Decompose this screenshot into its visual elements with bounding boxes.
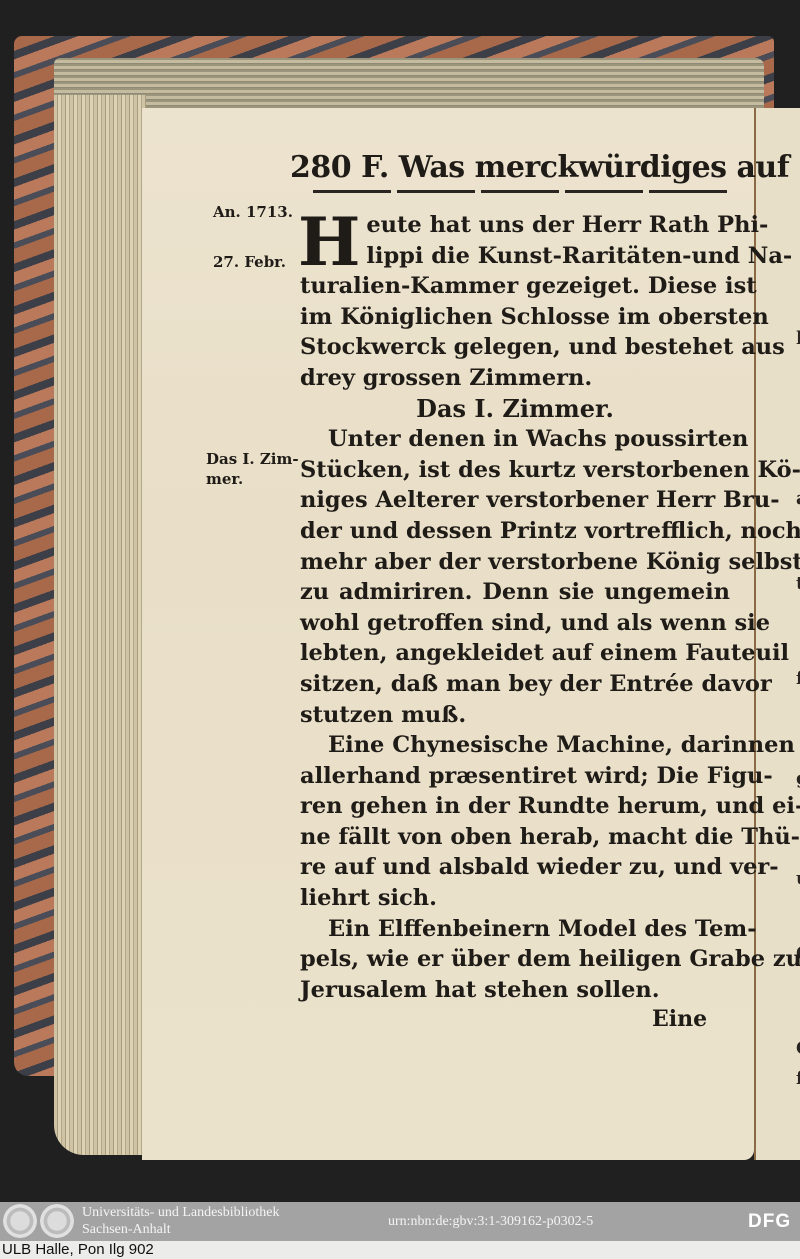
shelfmark-caption: ULB Halle, Pon Ilg 902 (0, 1241, 800, 1259)
page-block-top-edge (54, 58, 764, 113)
paragraph-wax-figures: Unter denen in Wachs poussirten Stücken,… (300, 424, 730, 730)
university-seal-icon (3, 1204, 37, 1238)
paragraph-chinese-machine: Eine Chynesische Machine, darinnen aller… (300, 730, 730, 914)
paragraph-ivory-model: Ein Elffenbeinern Model des Tem- pels, w… (300, 914, 730, 1006)
margin-note-date: 27. Febr. (213, 252, 286, 272)
catchword: Eine (652, 1006, 707, 1032)
dfg-logo-icon: DFG (748, 1211, 791, 1233)
library-footer-bar: Universitäts- und Landesbibliothek Sachs… (0, 1202, 800, 1241)
library-seal-icon (40, 1204, 74, 1238)
running-head: 280 F. Was merckwürdiges auf der (290, 150, 730, 190)
dropcap-letter: H (298, 214, 360, 270)
page-body-text: H eute hat uns der Herr Rath Phi- lippi … (300, 210, 730, 1005)
margin-note-year: An. 1713. (213, 202, 293, 222)
paragraph-intro: H eute hat uns der Herr Rath Phi- lippi … (300, 210, 730, 394)
book-scan: l a t f g u C C f 280 F. Was merckwürdig… (0, 0, 800, 1202)
head-rule-divider (313, 190, 727, 193)
urn-identifier: urn:nbn:de:gbv:3:1-309162-p0302-5 (388, 1214, 593, 1230)
margin-note-section: Das I. Zim- mer. (206, 449, 299, 489)
section-title: Das I. Zimmer. (300, 394, 730, 425)
library-name: Universitäts- und Landesbibliothek Sachs… (82, 1204, 280, 1238)
page-block-side-edge (54, 95, 146, 1155)
